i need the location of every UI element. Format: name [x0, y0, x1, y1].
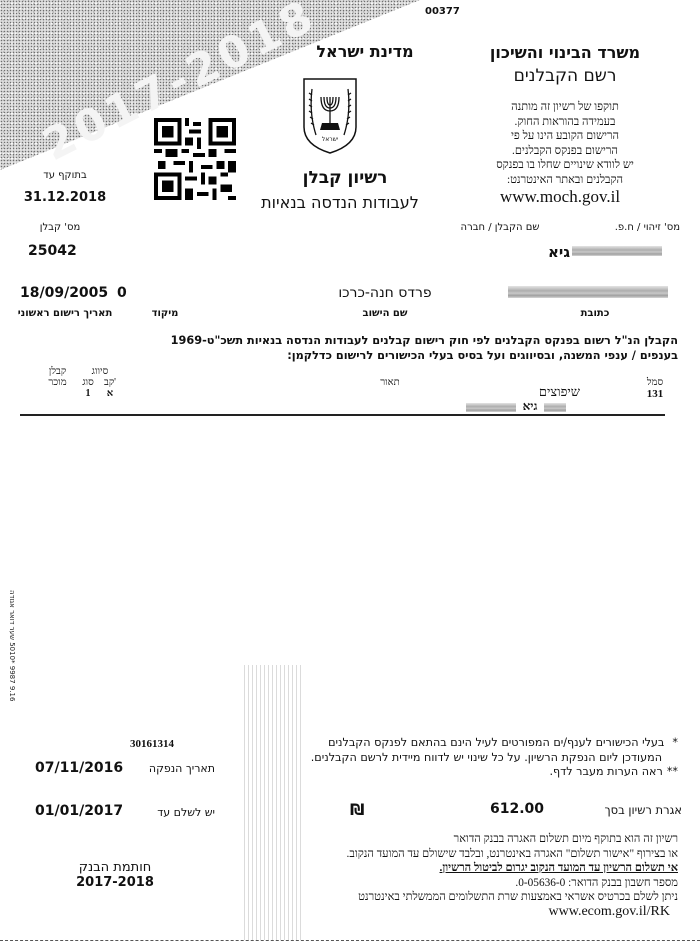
col-group: קב' [100, 377, 120, 388]
payment-warning: אי תשלום הרשיון עד המועד הנקוב יגרום לבי… [278, 861, 678, 876]
redacted-person-2 [544, 403, 566, 412]
note-1-line-2: המעודכן ליום הנפקת הרשיון. על כל שינוי י… [278, 751, 678, 766]
col-type: סוג [78, 377, 98, 388]
license-title: רשיון קבלן [240, 168, 450, 188]
zip-label: מיקוד [140, 308, 190, 319]
ministry-website-link[interactable]: www.moch.gov.il [460, 187, 660, 207]
row-description: שיפוצים [500, 384, 580, 400]
zip-code: 0 [117, 285, 127, 301]
pay-by-date: 01/01/2017 [35, 803, 123, 819]
contractor-name-label: שם הקבלן / חברה [440, 222, 560, 233]
contractor-name: גיא [548, 243, 570, 261]
payment-line-2: או בצירוף "אישור תשלום" האגרה באינטרנט, … [278, 847, 678, 862]
note-line: הקבלנים ובאתר האינטרנט: [460, 173, 670, 188]
city-name: פרדס חנה-כרכו [300, 285, 470, 301]
row-symbol: 131 [640, 388, 670, 400]
note-line: בעמידה בהוראות החוק. [460, 115, 670, 130]
payment-info: רשיון זה הוא בתוקף מיום תשלום האגרה בבנק… [278, 832, 678, 919]
redacted-person [466, 403, 516, 412]
col-recognized-1: קבלן [40, 366, 75, 377]
col-symbol: סמל [640, 377, 670, 388]
note-line: תוקפו של רשיון זה מותנה [460, 100, 670, 115]
valid-until-date: 31.12.2018 [20, 190, 110, 205]
redacted-address [508, 286, 668, 298]
shekel-icon: ₪ [350, 800, 364, 819]
printer-side-text: 9.16 9987 *5010 שער דואר אגודה [8, 590, 16, 730]
contractor-number-label: מס' קבלן [25, 222, 95, 233]
ministry-note: תוקפו של רשיון זה מותנה בעמידה בהוראות ה… [460, 100, 670, 187]
pay-by-label: יש לשלם עד [145, 806, 215, 819]
payment-url-link[interactable]: www.ecom.gov.il/RK [278, 905, 678, 920]
redacted-id [572, 246, 662, 256]
document-serial-number: 00377 [425, 6, 460, 17]
license-notes: *בעלי הכישורים לענף/ים המפורטים לעיל הינ… [278, 736, 678, 780]
note-line: הרישום הקובע הינו על פי [460, 129, 670, 144]
city-label: שם הישוב [330, 308, 440, 319]
row-group: א [100, 388, 120, 399]
credit-card-line: ניתן לשלם בכרטיס אשראי באמצעות שרת התשלו… [278, 890, 678, 905]
col-recognized-2: מוכר [40, 377, 75, 388]
receipt-number: 30161314 [130, 738, 174, 750]
note-2: **ראה הערות מעבר לדף. [278, 765, 678, 780]
statement-line: בענפים / ענפי המשנה, ובסיווגים ועל בסיס … [18, 348, 678, 363]
postal-account-number: מספר חשבון בבנק הדואר: 0-05636-0. [278, 876, 678, 891]
first-registration-date: 18/09/2005 [20, 285, 108, 301]
col-classification: סיווג [80, 366, 120, 377]
registration-statement: הקבלן הנ"ל רשום בפנקס הקבלנים לפי חוק רי… [18, 333, 678, 363]
note-line: יש לוודא שינויים שחלו בו בפנקס [460, 158, 670, 173]
menorah-emblem-icon: ישראל [300, 75, 360, 155]
id-number-label: מס' זיהוי / ח.פ. [580, 222, 680, 233]
svg-text:ישראל: ישראל [322, 136, 338, 143]
row-type: 1 [78, 388, 98, 399]
qr-code-icon [154, 118, 236, 200]
statement-line: הקבלן הנ"ל רשום בפנקס הקבלנים לפי חוק רי… [18, 333, 678, 348]
row-qualified-person: גיא [516, 399, 544, 414]
issue-date: 07/11/2016 [35, 760, 123, 776]
state-of-israel-title: מדינת ישראל [290, 42, 440, 61]
address-label: כתובת [565, 308, 625, 319]
valid-until-label: בתוקף עד [25, 170, 105, 181]
registry-name: רשם הקבלנים [460, 64, 670, 88]
ministry-name: משרד הבינוי והשיכון [460, 42, 670, 64]
license-fee-label: אגרת רשיון בסך [560, 803, 682, 817]
bank-stamp-years: 2017-2018 [60, 875, 170, 890]
payment-line-1: רשיון זה הוא בתוקף מיום תשלום האגרה בבנק… [278, 832, 678, 847]
note-1: *בעלי הכישורים לענף/ים המפורטים לעיל הינ… [278, 736, 678, 751]
ministry-header: משרד הבינוי והשיכון רשם הקבלנים [460, 42, 670, 88]
bank-stamp-label: חותמת הבנק [60, 860, 170, 875]
note-line: הרישום בפנקס הקבלנים. [460, 144, 670, 159]
col-description: תאור [370, 377, 410, 388]
first-registration-date-label: תאריך רישום ראשוני [15, 308, 115, 319]
page-bottom-edge [0, 940, 700, 942]
contractor-number: 25042 [28, 243, 77, 259]
bank-stamp-box: חותמת הבנק 2017-2018 [60, 860, 170, 890]
license-fee-amount: 612.00 [490, 801, 544, 817]
license-subtitle: לעבודות הנדסה בנאיות [215, 193, 465, 212]
table-bottom-rule [20, 414, 665, 416]
issue-date-label: תאריך הנפקה [140, 762, 215, 775]
